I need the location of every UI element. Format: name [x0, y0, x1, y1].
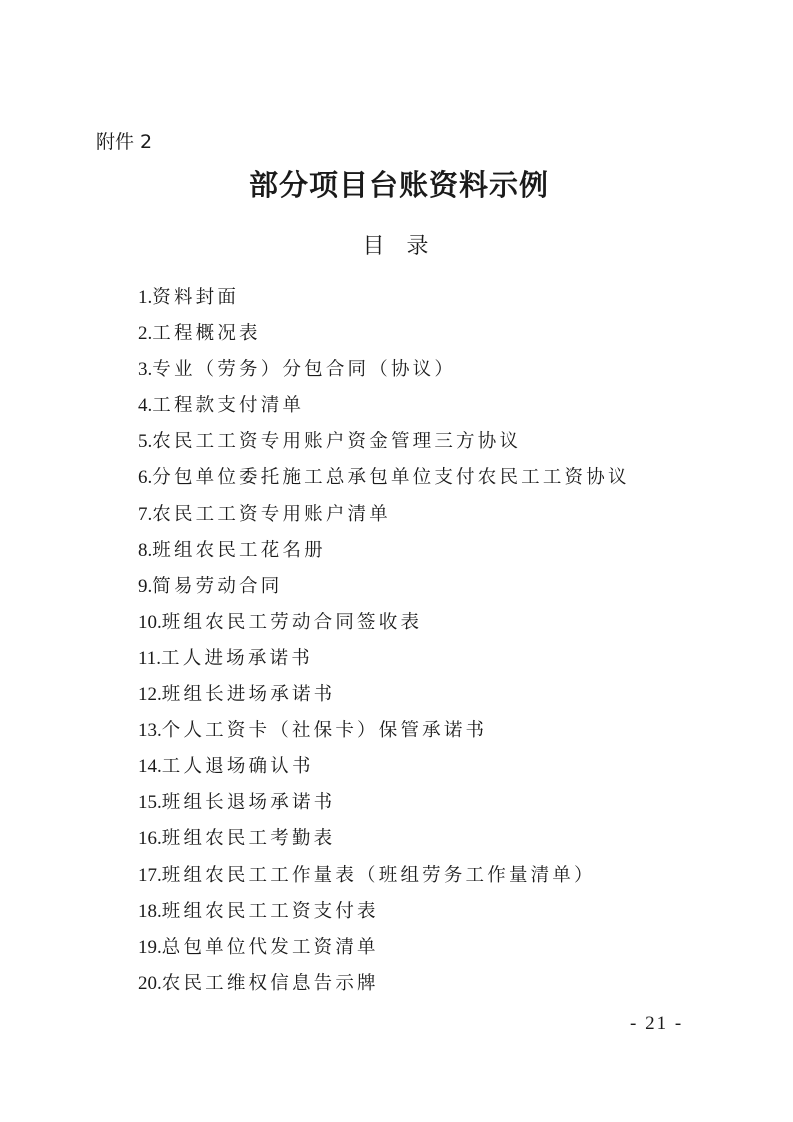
toc-item: 13.个人工资卡（社保卡）保管承诺书 [138, 717, 630, 753]
toc-item-number: 19. [138, 937, 162, 958]
toc-item-number: 2. [138, 323, 152, 344]
toc-item-label: 班组农民工考勤表 [162, 828, 336, 849]
toc-item: 5.农民工工资专用账户资金管理三方协议 [138, 428, 630, 464]
toc-item-label: 专业（劳务）分包合同（协议） [152, 359, 456, 380]
toc-item: 6.分包单位委托施工总承包单位支付农民工工资协议 [138, 464, 630, 500]
toc-item: 20.农民工维权信息告示牌 [138, 970, 630, 1006]
toc-item-label: 班组农民工工作量表（班组劳务工作量清单） [162, 865, 596, 886]
toc-item: 3.专业（劳务）分包合同（协议） [138, 356, 630, 392]
toc-item: 4.工程款支付清单 [138, 392, 630, 428]
page-title: 部分项目台账资料示例 [0, 165, 793, 205]
toc-item-number: 5. [138, 431, 152, 452]
toc-item-label: 班组农民工劳动合同签收表 [162, 612, 422, 633]
toc-item: 14.工人退场确认书 [138, 753, 630, 789]
toc-heading: 目录 [0, 232, 793, 262]
toc-item: 15.班组长退场承诺书 [138, 789, 630, 825]
toc-item: 18.班组农民工工资支付表 [138, 898, 630, 934]
toc-item-number: 9. [138, 576, 152, 597]
toc-item-number: 7. [138, 504, 152, 525]
toc-item: 8.班组农民工花名册 [138, 537, 630, 573]
toc-item-number: 3. [138, 359, 152, 380]
toc-item-label: 工程概况表 [152, 323, 261, 344]
toc-item-number: 14. [138, 756, 162, 777]
toc-item-number: 1. [138, 287, 152, 308]
toc-item-number: 16. [138, 828, 162, 849]
toc-item-label: 个人工资卡（社保卡）保管承诺书 [162, 720, 488, 741]
toc-item-number: 11. [138, 648, 161, 669]
toc-item-label: 简易劳动合同 [152, 576, 282, 597]
toc-item-label: 农民工工资专用账户资金管理三方协议 [152, 431, 521, 452]
toc-item-number: 10. [138, 612, 162, 633]
toc-item-label: 分包单位委托施工总承包单位支付农民工工资协议 [152, 467, 629, 488]
page-number: - 21 - [630, 1012, 683, 1036]
document-page: 附件 2 部分项目台账资料示例 目录 1.资料封面 2.工程概况表 3.专业（劳… [0, 0, 793, 1122]
attachment-label: 附件 2 [96, 130, 152, 154]
toc-item: 11.工人进场承诺书 [138, 645, 630, 681]
toc-item: 16.班组农民工考勤表 [138, 825, 630, 861]
toc-item: 2.工程概况表 [138, 320, 630, 356]
toc-item-label: 班组农民工工资支付表 [162, 901, 379, 922]
toc-item-number: 17. [138, 865, 162, 886]
toc-item-number: 18. [138, 901, 162, 922]
toc-item-number: 13. [138, 720, 162, 741]
toc-item-number: 20. [138, 973, 162, 994]
toc-item: 19.总包单位代发工资清单 [138, 934, 630, 970]
toc-item: 10.班组农民工劳动合同签收表 [138, 609, 630, 645]
toc-item-label: 班组农民工花名册 [152, 540, 326, 561]
table-of-contents: 1.资料封面 2.工程概况表 3.专业（劳务）分包合同（协议） 4.工程款支付清… [138, 284, 630, 1006]
toc-item: 7.农民工工资专用账户清单 [138, 501, 630, 537]
toc-item: 9.简易劳动合同 [138, 573, 630, 609]
toc-item: 17.班组农民工工作量表（班组劳务工作量清单） [138, 862, 630, 898]
toc-item-number: 15. [138, 792, 162, 813]
toc-item-label: 工程款支付清单 [152, 395, 304, 416]
toc-item: 1.资料封面 [138, 284, 630, 320]
toc-item-label: 总包单位代发工资清单 [162, 937, 379, 958]
toc-item-number: 6. [138, 467, 152, 488]
toc-item-label: 农民工维权信息告示牌 [162, 973, 379, 994]
toc-item-number: 8. [138, 540, 152, 561]
toc-item: 12.班组长进场承诺书 [138, 681, 630, 717]
toc-item-number: 12. [138, 684, 162, 705]
toc-item-label: 班组长进场承诺书 [162, 684, 336, 705]
toc-item-label: 农民工工资专用账户清单 [152, 504, 391, 525]
toc-item-label: 班组长退场承诺书 [162, 792, 336, 813]
toc-item-label: 资料封面 [152, 287, 239, 308]
toc-item-number: 4. [138, 395, 152, 416]
toc-item-label: 工人退场确认书 [162, 756, 314, 777]
toc-item-label: 工人进场承诺书 [161, 648, 313, 669]
